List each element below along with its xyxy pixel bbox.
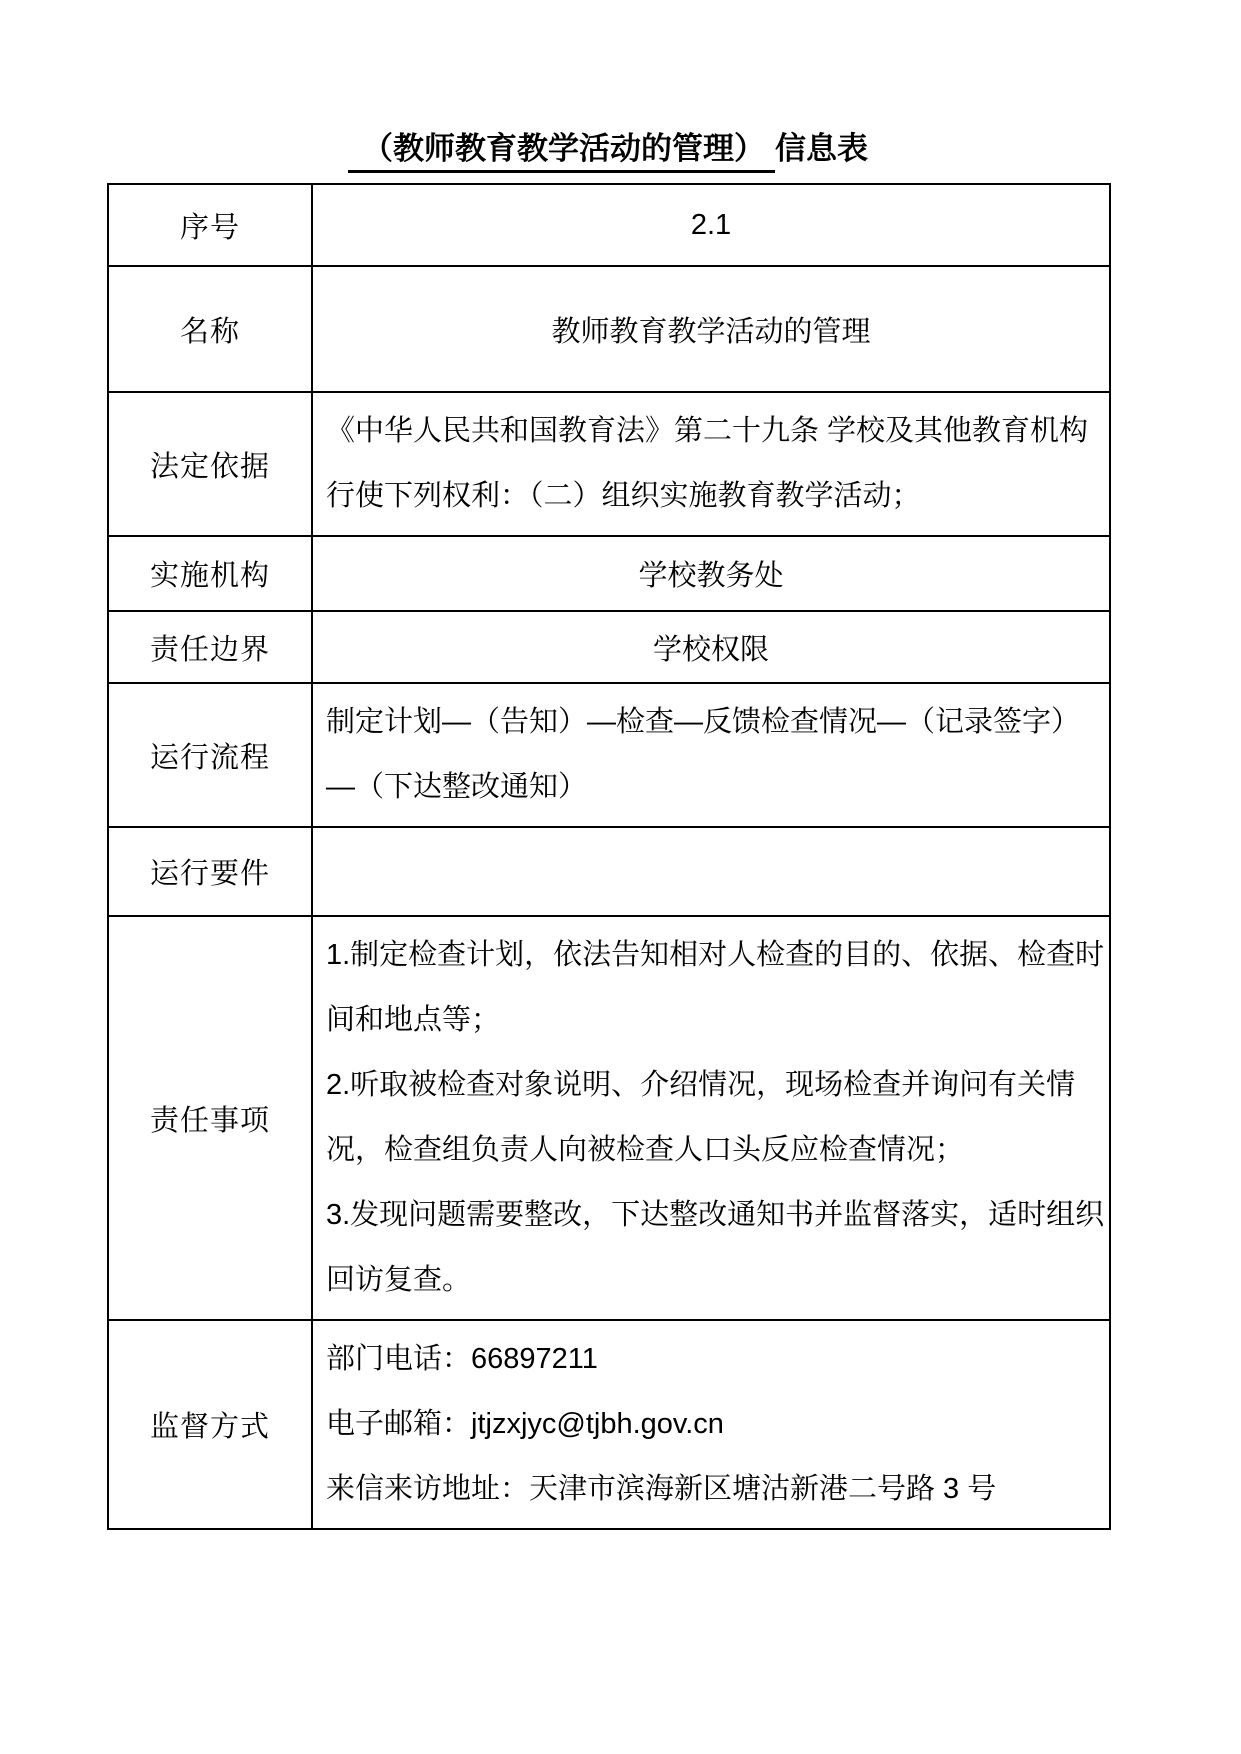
title-bracketed-name: （教师教育教学活动的管理） xyxy=(348,131,775,173)
supervision-address: 来信来访地址：天津市滨海新区塘沽新港二号路 3 号 xyxy=(326,1457,1105,1522)
row-value-responsibility-items: 1.制定检查计划，依法告知相对人检查的目的、依据、检查时间和地点等； 2.听取被… xyxy=(312,916,1110,1320)
table-row-name: 名称 教师教育教学活动的管理 xyxy=(108,266,1110,392)
row-label-operation-requirements: 运行要件 xyxy=(108,827,312,916)
row-label-supervision-method: 监督方式 xyxy=(108,1320,312,1529)
info-table: 序号 2.1 名称 教师教育教学活动的管理 法定依据 《中华人民共和国教育法》第… xyxy=(107,183,1111,1530)
table-row-responsibility-items: 责任事项 1.制定检查计划，依法告知相对人检查的目的、依据、检查时间和地点等； … xyxy=(108,916,1110,1320)
table-row-operation-requirements: 运行要件 xyxy=(108,827,1110,916)
row-value-operation-requirements xyxy=(312,827,1110,916)
row-value-legal-basis: 《中华人民共和国教育法》第二十九条 学校及其他教育机构行使下列权利：（二）组织实… xyxy=(312,392,1110,536)
responsibility-item-3: 3.发现问题需要整改，下达整改通知书并监督落实，适时组织回访复查。 xyxy=(326,1183,1105,1313)
row-value-name: 教师教育教学活动的管理 xyxy=(312,266,1110,392)
row-label-responsibility-boundary: 责任边界 xyxy=(108,611,312,683)
responsibility-item-1: 1.制定检查计划，依法告知相对人检查的目的、依据、检查时间和地点等； xyxy=(326,923,1105,1053)
row-value-responsibility-boundary: 学校权限 xyxy=(312,611,1110,683)
row-label-name: 名称 xyxy=(108,266,312,392)
row-label-serial-number: 序号 xyxy=(108,184,312,266)
row-value-supervision-method: 部门电话：66897211 电子邮箱：jtjzxjyc@tjbh.gov.cn … xyxy=(312,1320,1110,1529)
table-row-serial-number: 序号 2.1 xyxy=(108,184,1110,266)
responsibility-item-2: 2.听取被检查对象说明、介绍情况，现场检查并询问有关情况，检查组负责人向被检查人… xyxy=(326,1053,1105,1183)
table-row-supervision-method: 监督方式 部门电话：66897211 电子邮箱：jtjzxjyc@tjbh.go… xyxy=(108,1320,1110,1529)
row-value-operation-process: 制定计划—（告知）—检查—反馈检查情况—（记录签字）—（下达整改通知） xyxy=(312,683,1110,827)
table-row-implementing-agency: 实施机构 学校教务处 xyxy=(108,536,1110,611)
row-value-implementing-agency: 学校教务处 xyxy=(312,536,1110,611)
table-row-operation-process: 运行流程 制定计划—（告知）—检查—反馈检查情况—（记录签字）—（下达整改通知） xyxy=(108,683,1110,827)
supervision-phone: 部门电话：66897211 xyxy=(326,1327,1105,1392)
row-label-implementing-agency: 实施机构 xyxy=(108,536,312,611)
document-page: （教师教育教学活动的管理）信息表 序号 2.1 名称 教师教育教学活动的管理 法… xyxy=(0,0,1241,1754)
supervision-email: 电子邮箱：jtjzxjyc@tjbh.gov.cn xyxy=(326,1392,1105,1457)
row-label-legal-basis: 法定依据 xyxy=(108,392,312,536)
row-value-serial-number: 2.1 xyxy=(312,184,1110,266)
table-row-legal-basis: 法定依据 《中华人民共和国教育法》第二十九条 学校及其他教育机构行使下列权利：（… xyxy=(108,392,1110,536)
row-label-responsibility-items: 责任事项 xyxy=(108,916,312,1320)
document-title: （教师教育教学活动的管理）信息表 xyxy=(107,126,1109,172)
row-label-operation-process: 运行流程 xyxy=(108,683,312,827)
title-suffix: 信息表 xyxy=(775,131,868,166)
table-row-responsibility-boundary: 责任边界 学校权限 xyxy=(108,611,1110,683)
